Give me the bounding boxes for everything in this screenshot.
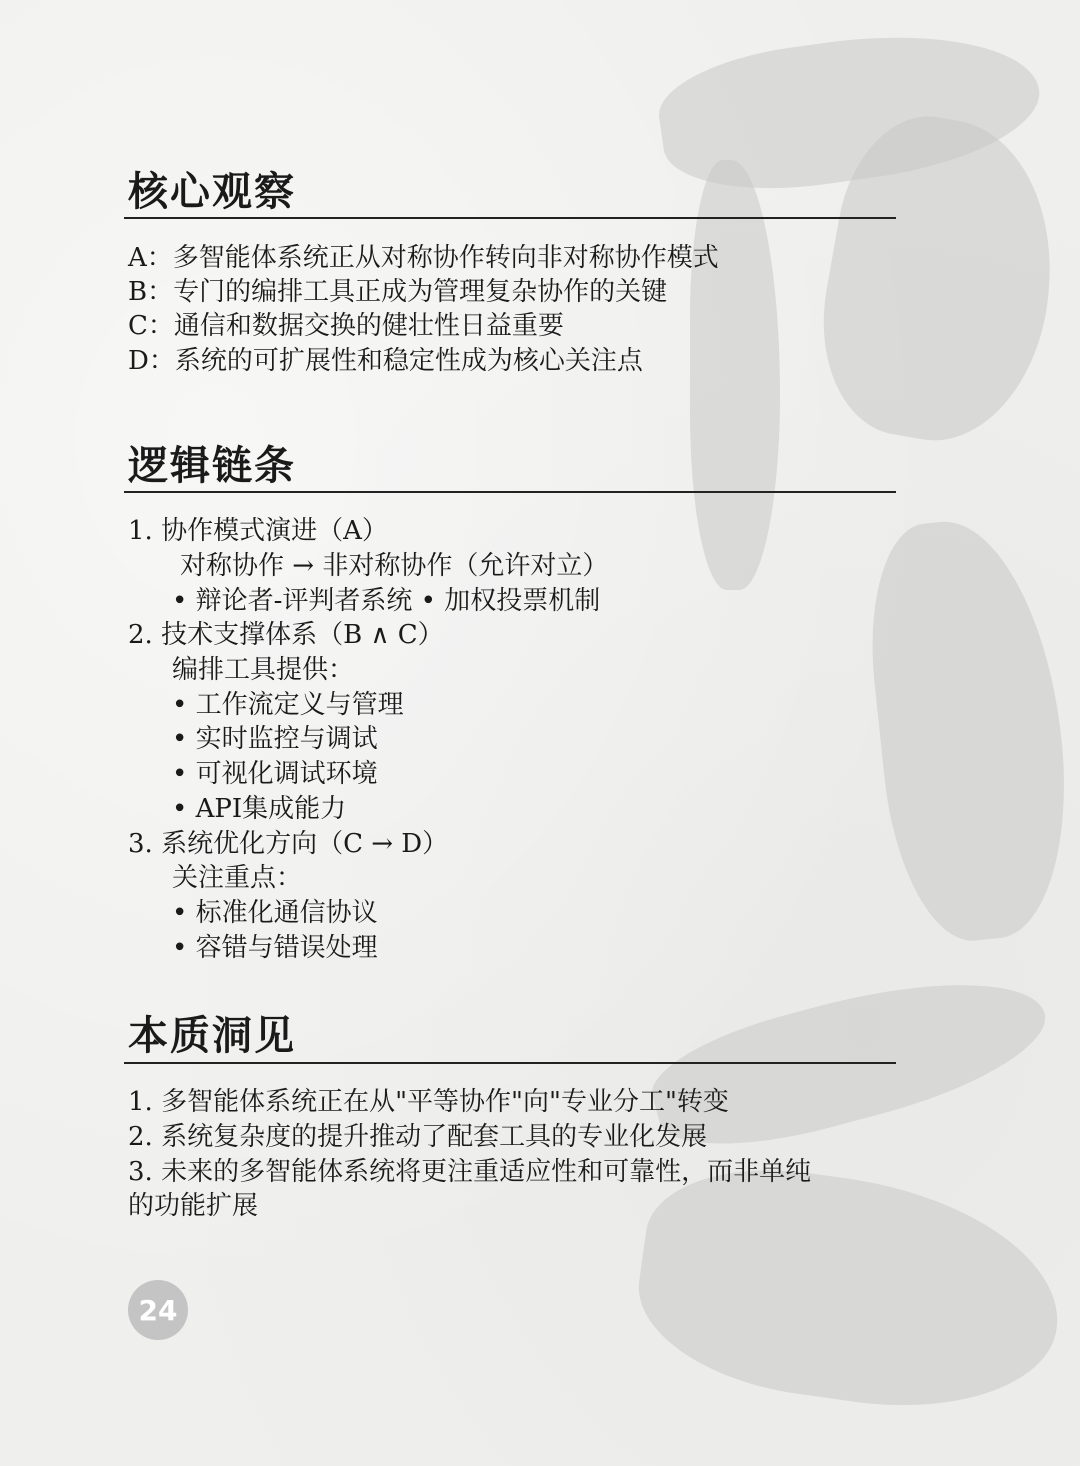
logic-item-3: 3. 系统优化方向（C → D） bbox=[128, 827, 448, 861]
observation-b: B：专门的编排工具正成为管理复杂协作的关键 bbox=[128, 275, 667, 309]
insight-1: 1. 多智能体系统正在从"平等协作"向"专业分工"转变 bbox=[128, 1085, 729, 1119]
logic-subline: 对称协作 → 非对称协作（允许对立） bbox=[180, 549, 608, 583]
logic-bullets: • 辩论者-评判者系统 • 加权投票机制 bbox=[172, 584, 600, 618]
logic-bullet: • API集成能力 bbox=[172, 792, 346, 826]
logic-item-1: 1. 协作模式演进（A） bbox=[128, 514, 388, 548]
logic-subline: 关注重点： bbox=[172, 861, 302, 895]
insight-3-cont: 的功能扩展 bbox=[128, 1189, 258, 1223]
section-title-insights: 本质洞见 bbox=[128, 1004, 296, 1061]
observation-c: C：通信和数据交换的健壮性日益重要 bbox=[128, 309, 564, 343]
logic-bullet: • 可视化调试环境 bbox=[172, 757, 378, 791]
logic-bullet: • 工作流定义与管理 bbox=[172, 688, 404, 722]
insight-3: 3. 未来的多智能体系统将更注重适应性和可靠性，而非单纯 bbox=[128, 1155, 811, 1189]
observation-d: D：系统的可扩展性和稳定性成为核心关注点 bbox=[128, 344, 643, 378]
section-title-core-observations: 核心观察 bbox=[128, 160, 296, 217]
logic-item-2: 2. 技术支撑体系（B ∧ C） bbox=[128, 618, 444, 652]
page-number-badge: 24 bbox=[128, 1280, 188, 1340]
observation-a: A：多智能体系统正从对称协作转向非对称协作模式 bbox=[128, 241, 719, 275]
divider bbox=[124, 217, 896, 219]
logic-bullet: • 容错与错误处理 bbox=[172, 931, 378, 965]
section-title-logic-chain: 逻辑链条 bbox=[128, 434, 296, 491]
divider bbox=[124, 1062, 896, 1064]
insight-2: 2. 系统复杂度的提升推动了配套工具的专业化发展 bbox=[128, 1120, 707, 1154]
logic-subline: 编排工具提供： bbox=[172, 653, 354, 687]
logic-bullet: • 标准化通信协议 bbox=[172, 896, 378, 930]
logic-bullet: • 实时监控与调试 bbox=[172, 722, 378, 756]
divider bbox=[124, 491, 896, 493]
